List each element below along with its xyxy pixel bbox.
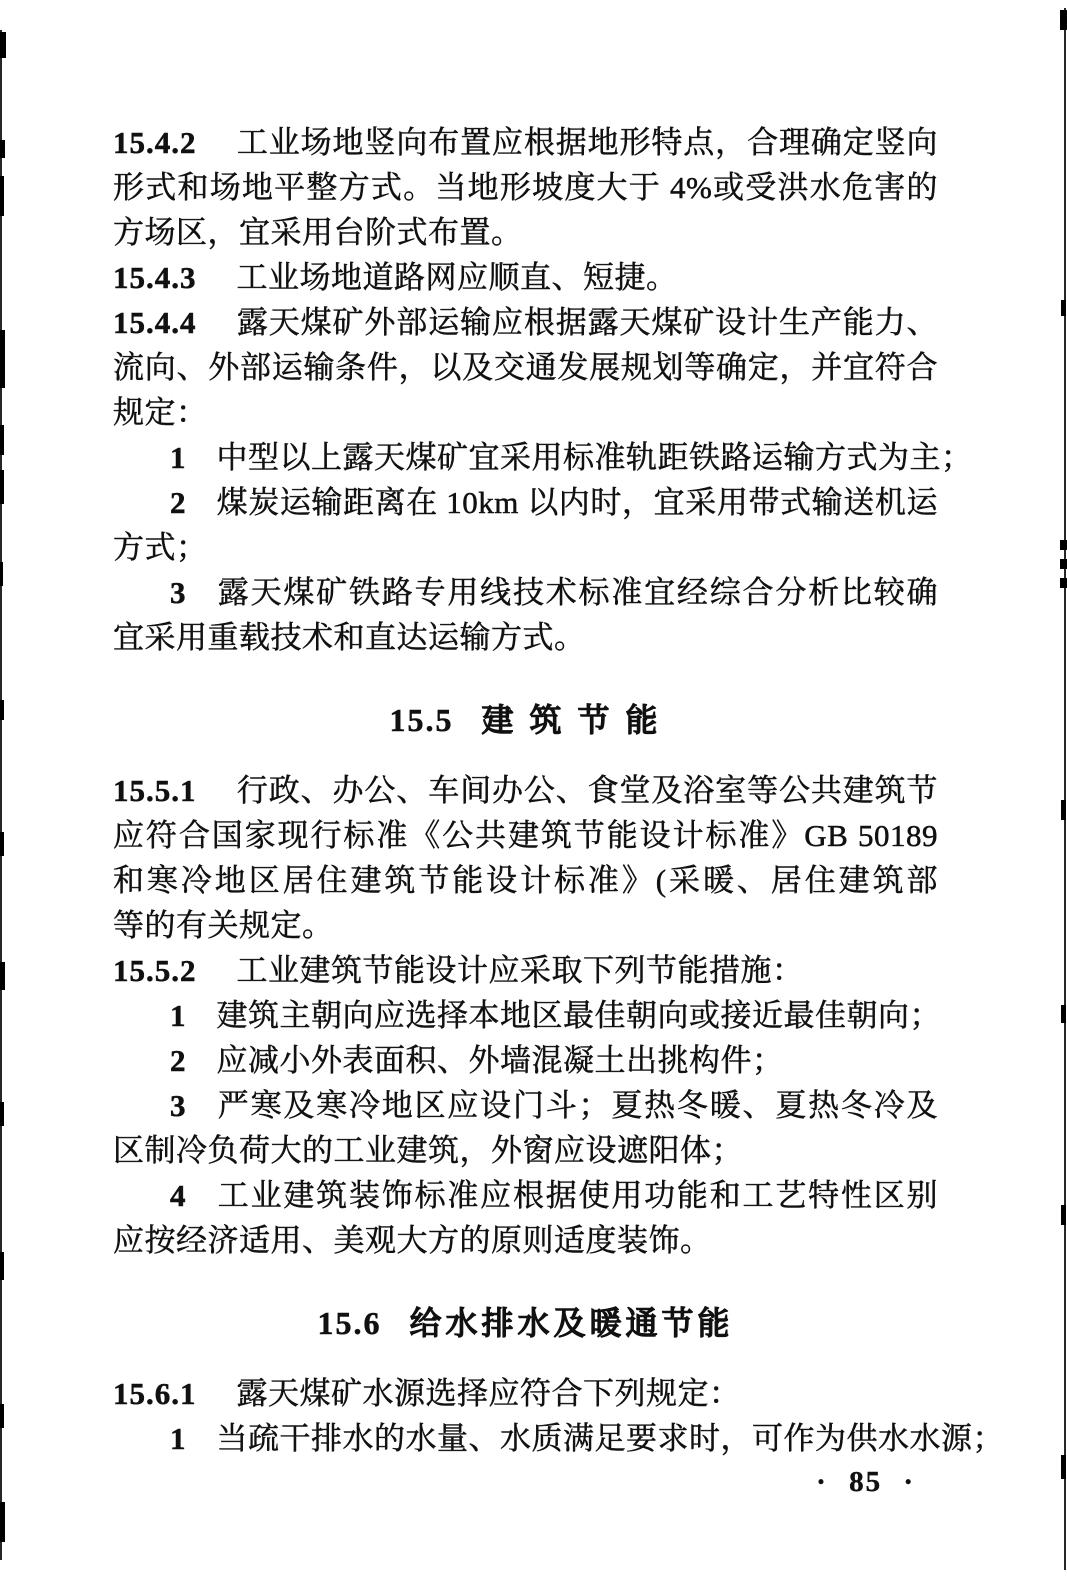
section-heading-15-5: 15.5建 筑 节 能 xyxy=(113,698,938,743)
line-text: 严寒及寒冷地区应设门斗；夏热冬暖、夏热冬冷及寒冷地 xyxy=(170,1088,938,1128)
line-text: 宜采用重载技术和直达运输方式。 xyxy=(113,620,586,655)
line-text: 当疏干排水的水量、水质满足要求时，可作为供水水源； xyxy=(217,1421,1005,1456)
scan-speck xyxy=(0,562,3,586)
scan-speck xyxy=(0,470,4,504)
text-line: 应符合国家现行标准《公共建筑节能设计标准》GB 50189 和《严寒 xyxy=(113,813,938,858)
line-text: 露天煤矿铁路专用线技术标准宜经综合分析比较确定，并 xyxy=(170,575,938,615)
text-line: 形式和场地平整方式。当地形坡度大于 4%或受洪水危害的高填 xyxy=(113,165,938,210)
line-text: 应符合国家现行标准《公共建筑节能设计标准》GB 50189 和《严寒 xyxy=(113,818,938,858)
heading-number: 15.6 xyxy=(317,1305,381,1341)
item-15-5-2-1: 1建筑主朝向应选择本地区最佳朝向或接近最佳朝向； xyxy=(113,993,938,1038)
item-15-5-2-4: 4工业建筑装饰标准应根据使用功能和工艺特性区别对待， xyxy=(113,1173,938,1218)
line-text: 给水排水及暖通节能 xyxy=(409,1305,733,1341)
clause-15-4-4: 15.4.4露天煤矿外部运输应根据露天煤矿设计生产能力、运输 xyxy=(113,300,938,345)
line-text: 行政、办公、车间办公、食堂及浴室等公共建筑节能设计， xyxy=(113,773,938,813)
clause-15-4-2: 15.4.2工业场地竖向布置应根据地形特点，合理确定竖向设计 xyxy=(113,120,938,165)
line-text: 方式； xyxy=(113,530,208,565)
item-15-6-1-1: 1当疏干排水的水量、水质满足要求时，可作为供水水源； xyxy=(113,1416,938,1461)
line-text: 中型以上露天煤矿宜采用标准轨距铁路运输方式为主； xyxy=(217,440,973,475)
text-line: 方场区，宜采用台阶式布置。 xyxy=(113,210,938,255)
text-line: 规定： xyxy=(113,390,938,435)
line-text: 应按经济适用、美观大方的原则适度装饰。 xyxy=(113,1223,712,1258)
scan-speck xyxy=(1061,1005,1066,1023)
scan-speck xyxy=(0,330,5,388)
clause-number: 1 xyxy=(170,440,187,475)
clause-number: 15.4.3 xyxy=(113,260,197,295)
item-15-4-4-2: 2煤炭运输距离在 10km 以内时，宜采用带式输送机运输 xyxy=(113,480,938,525)
scanned-document-page: 15.4.2工业场地竖向布置应根据地形特点，合理确定竖向设计形式和场地平整方式。… xyxy=(0,0,1067,1579)
clause-number: 1 xyxy=(170,998,187,1033)
text-line: 应按经济适用、美观大方的原则适度装饰。 xyxy=(113,1218,938,1263)
text-line: 和寒冷地区居住建筑节能设计标准》(采暖、居住建筑部分)JGJ 26 xyxy=(113,858,938,903)
right-edge-scan-line xyxy=(1064,8,1066,1570)
line-text: 建 筑 节 能 xyxy=(481,702,661,738)
text-line: 流向、外部运输条件，以及交通发展规划等确定，并宜符合下列 xyxy=(113,345,938,390)
text-line: 区制冷负荷大的工业建筑，外窗应设遮阳体； xyxy=(113,1128,938,1173)
scan-speck xyxy=(0,32,6,58)
left-edge-scan-line xyxy=(0,30,2,1560)
clause-number: 4 xyxy=(170,1178,187,1213)
text-line: 方式； xyxy=(113,525,938,570)
scan-speck xyxy=(1061,300,1066,316)
text-block: 15.4.2工业场地竖向布置应根据地形特点，合理确定竖向设计形式和场地平整方式。… xyxy=(113,120,938,1461)
clause-15-6-1: 15.6.1露天煤矿水源选择应符合下列规定： xyxy=(113,1371,938,1416)
scan-speck xyxy=(0,700,4,720)
scan-speck xyxy=(0,425,4,455)
line-text: 形式和场地平整方式。当地形坡度大于 4%或受洪水危害的高填 xyxy=(113,170,938,210)
clause-15-5-2: 15.5.2工业建筑节能设计应采取下列节能措施： xyxy=(113,948,938,993)
heading-number: 15.5 xyxy=(389,702,453,738)
clause-number: 15.5.1 xyxy=(113,773,197,808)
clause-number: 3 xyxy=(170,1088,187,1123)
item-15-4-4-1: 1中型以上露天煤矿宜采用标准轨距铁路运输方式为主； xyxy=(113,435,938,480)
item-15-4-4-3: 3露天煤矿铁路专用线技术标准宜经综合分析比较确定，并 xyxy=(113,570,938,615)
clause-15-4-3: 15.4.3工业场地道路网应顺直、短捷。 xyxy=(113,255,938,300)
clause-number: 2 xyxy=(170,1043,187,1078)
page-number: · 85 · xyxy=(816,1466,915,1499)
line-text: 应减小外表面积、外墙混凝土出挑构件； xyxy=(217,1043,784,1078)
clause-number: 15.4.2 xyxy=(113,125,197,160)
clause-number: 15.4.4 xyxy=(113,305,197,340)
line-text: 煤炭运输距离在 10km 以内时，宜采用带式输送机运输 xyxy=(170,485,938,525)
line-text: 工业建筑节能设计应采取下列节能措施： xyxy=(237,953,804,988)
line-text: 规定： xyxy=(113,395,208,430)
clause-number: 15.5.2 xyxy=(113,953,197,988)
scan-speck xyxy=(0,1502,5,1542)
scan-speck xyxy=(1060,559,1067,569)
scan-speck xyxy=(0,176,4,216)
line-text: 露天煤矿外部运输应根据露天煤矿设计生产能力、运输 xyxy=(113,305,938,345)
line-text: 建筑主朝向应选择本地区最佳朝向或接近最佳朝向； xyxy=(217,998,942,1033)
scan-speck xyxy=(0,1252,4,1280)
scan-speck xyxy=(1061,1455,1066,1479)
scan-speck xyxy=(1060,10,1067,30)
line-text: 工业建筑装饰标准应根据使用功能和工艺特性区别对待， xyxy=(170,1178,938,1218)
clause-number: 15.6.1 xyxy=(113,1376,197,1411)
line-text: 区制冷负荷大的工业建筑，外窗应设遮阳体； xyxy=(113,1133,743,1168)
line-text: 工业场地竖向布置应根据地形特点，合理确定竖向设计 xyxy=(113,125,938,165)
text-line: 等的有关规定。 xyxy=(113,903,938,948)
scan-speck xyxy=(0,1404,4,1428)
item-15-5-2-2: 2应减小外表面积、外墙混凝土出挑构件； xyxy=(113,1038,938,1083)
scan-speck xyxy=(1060,578,1067,588)
line-text: 流向、外部运输条件，以及交通发展规划等确定，并宜符合下列 xyxy=(113,350,938,390)
clause-number: 3 xyxy=(170,575,187,610)
clause-number: 2 xyxy=(170,485,187,520)
scan-speck xyxy=(0,832,4,856)
text-line: 宜采用重载技术和直达运输方式。 xyxy=(113,615,938,660)
scan-speck xyxy=(1061,1205,1066,1225)
clause-number: 1 xyxy=(170,1421,187,1456)
section-heading-15-6: 15.6给水排水及暖通节能 xyxy=(113,1301,938,1346)
line-text: 工业场地道路网应顺直、短捷。 xyxy=(237,260,678,295)
scan-speck xyxy=(1061,800,1066,820)
line-text: 方场区，宜采用台阶式布置。 xyxy=(113,215,523,250)
item-15-5-2-3: 3严寒及寒冷地区应设门斗；夏热冬暖、夏热冬冷及寒冷地 xyxy=(113,1083,938,1128)
scan-speck xyxy=(1060,540,1067,550)
scan-speck xyxy=(0,962,5,990)
line-text: 和寒冷地区居住建筑节能设计标准》(采暖、居住建筑部分)JGJ 26 xyxy=(113,863,938,903)
line-text: 等的有关规定。 xyxy=(113,908,334,943)
clause-15-5-1: 15.5.1行政、办公、车间办公、食堂及浴室等公共建筑节能设计， xyxy=(113,768,938,813)
line-text: 露天煤矿水源选择应符合下列规定： xyxy=(237,1376,741,1411)
scan-speck xyxy=(0,1102,4,1126)
scan-speck xyxy=(0,140,5,158)
